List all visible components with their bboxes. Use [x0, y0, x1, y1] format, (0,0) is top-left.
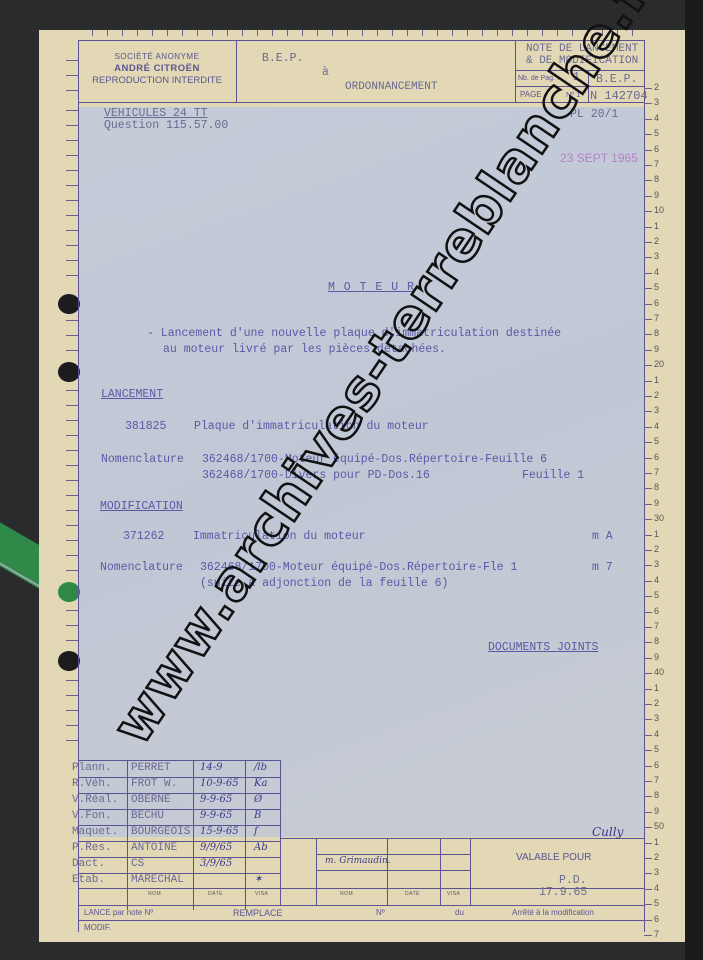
modification-nomenclature-code: m 7	[592, 561, 613, 574]
ruler-label: 1	[654, 837, 659, 847]
to-word: à	[322, 66, 329, 79]
arrete-label: Arrêté à la modification	[512, 908, 594, 917]
ruler-label: 8	[654, 482, 659, 492]
ruler-label: 2	[654, 236, 659, 246]
ruler-tick	[644, 196, 652, 197]
ruler-tick	[644, 581, 652, 582]
company-block: SOCIÉTÉ ANONYME ANDRÉ CITROËN REPRODUCTI…	[78, 40, 236, 102]
ruler-label: 3	[654, 405, 659, 415]
punch-hole	[58, 582, 80, 602]
signature-role: Dact.	[72, 858, 105, 870]
ruler-label: 4	[654, 575, 659, 585]
ruler-label: 6	[654, 760, 659, 770]
ruler-label: 8	[654, 174, 659, 184]
ruler-tick	[644, 935, 652, 936]
ruler-label: 4	[654, 729, 659, 739]
modif-label: MODIF.	[84, 923, 111, 932]
ruler-label: 9	[654, 806, 659, 816]
ruler-tick	[644, 719, 652, 720]
table-line	[316, 854, 470, 855]
ruler-label: 2	[654, 852, 659, 862]
ruler-tick	[644, 150, 652, 151]
ruler-label: 10	[654, 205, 664, 215]
signature-name: MARECHAL	[131, 874, 184, 886]
col-nom-2: NOM	[340, 891, 353, 897]
signature-date: 14-9	[200, 762, 222, 773]
col-date: DATE	[208, 891, 223, 897]
ruler-label: 8	[654, 790, 659, 800]
signature-role: Plann.	[72, 762, 112, 774]
header-divider	[515, 40, 516, 102]
ruler-tick	[644, 396, 652, 397]
ruler-tick	[644, 242, 652, 243]
question-ref: Question 115.57.00	[104, 119, 228, 132]
ruler-tick	[644, 473, 652, 474]
table-line	[280, 838, 281, 905]
ruler-label: 2	[654, 390, 659, 400]
lancement-ref: 381825	[125, 420, 166, 433]
table-line	[280, 760, 281, 840]
binder-edge	[685, 0, 703, 960]
table-line	[78, 857, 280, 858]
ruler-label: 7	[654, 159, 659, 169]
valable-pour-label: VALABLE POUR	[516, 852, 591, 863]
ruler-tick	[644, 411, 652, 412]
ruler-tick	[644, 442, 652, 443]
table-line	[440, 838, 441, 905]
ruler-tick	[644, 596, 652, 597]
company-name: ANDRÉ CITROËN	[78, 63, 236, 74]
modification-ref: 371262	[123, 530, 164, 543]
ruler-tick	[644, 350, 652, 351]
signature-visa: ✶	[254, 874, 262, 885]
punch-hole	[58, 294, 80, 314]
ruler-label: 2	[654, 698, 659, 708]
company-type: SOCIÉTÉ ANONYME	[78, 52, 236, 61]
signature-name: FROT W.	[131, 778, 177, 790]
signature-role: V.Réal.	[72, 794, 118, 806]
ruler-label: 3	[654, 97, 659, 107]
remplace-label: REMPLACE	[233, 908, 283, 918]
col-nom: NOM	[148, 891, 161, 897]
nomenclature-label: Nomenclature	[100, 561, 183, 574]
ruler-tick	[644, 750, 652, 751]
table-line	[280, 838, 644, 839]
date-stamp: 23 SEPT 1965	[560, 151, 638, 165]
ruler-label: 7	[654, 313, 659, 323]
ruler-tick	[644, 673, 652, 674]
modification-heading: MODIFICATION	[100, 500, 183, 513]
ruler-tick	[644, 180, 652, 181]
ruler-label: 5	[654, 128, 659, 138]
signature-role: R.Véh.	[72, 778, 112, 790]
ruler-tick	[644, 812, 652, 813]
modification-code: m A	[592, 530, 613, 543]
ruler-tick	[644, 165, 652, 166]
valable-date: 17.9.65	[539, 886, 587, 899]
signature-name: BOURGEOIS	[131, 826, 190, 838]
ruler-label: 5	[654, 590, 659, 600]
ruler-tick	[644, 781, 652, 782]
signature-name: CS	[131, 858, 144, 870]
ruler-label: 9	[654, 344, 659, 354]
col-visa: VISA	[255, 891, 268, 897]
ruler-tick	[644, 488, 652, 489]
ruler-label: 6	[654, 452, 659, 462]
ruler-label: 9	[654, 498, 659, 508]
signature-role: V.Fon.	[72, 810, 112, 822]
signature-role: P.Res.	[72, 842, 112, 854]
ruler-tick	[644, 365, 652, 366]
signature-visa: B	[254, 810, 261, 821]
ruler-label: 1	[654, 683, 659, 693]
ruler-label: 5	[654, 436, 659, 446]
ruler-label: 9	[654, 190, 659, 200]
ruler-tick	[644, 658, 652, 659]
table-line	[470, 838, 471, 905]
ruler-label: 6	[654, 298, 659, 308]
signature-name: BECHU	[131, 810, 164, 822]
to-dept: ORDONNANCEMENT	[345, 81, 437, 93]
signature-date: 3/9/65	[200, 858, 232, 869]
reproduction-notice: REPRODUCTION INTERDITE	[78, 75, 236, 86]
ruler-label: 8	[654, 636, 659, 646]
du-label: du	[455, 908, 464, 917]
ruler-tick	[644, 904, 652, 905]
ruler-label: 40	[654, 667, 664, 677]
ruler-tick	[644, 381, 652, 382]
table-line	[78, 920, 644, 921]
ruler-label: 7	[654, 775, 659, 785]
lancement-nomenclature-1: 362468/1700-Moteur équipé-Dos.Répertoire…	[202, 453, 547, 466]
col-date-2: DATE	[405, 891, 420, 897]
ruler-label: 7	[654, 929, 659, 939]
ruler-tick	[644, 427, 652, 428]
ruler-tick	[644, 689, 652, 690]
ruler-label: 7	[654, 621, 659, 631]
table-line	[316, 838, 317, 905]
signature-name: OBERNE	[131, 794, 171, 806]
no-label: Nº	[376, 908, 385, 917]
ruler-label: 50	[654, 821, 664, 831]
ruler-tick	[644, 612, 652, 613]
ruler-tick	[644, 627, 652, 628]
ruler-label: 20	[654, 359, 664, 369]
from-dept: B.E.P.	[262, 52, 303, 65]
documents-joints: DOCUMENTS JOINTS	[488, 641, 598, 654]
ruler-label: 5	[654, 898, 659, 908]
signature-name: PERRET	[131, 762, 171, 774]
signature-date: 9-9-65	[200, 810, 232, 821]
table-line	[78, 760, 280, 761]
ruler-label: 5	[654, 744, 659, 754]
ruler-label: 1	[654, 375, 659, 385]
ruler-label: 6	[654, 144, 659, 154]
ruler-label: 2	[654, 544, 659, 554]
ruler-label: 6	[654, 914, 659, 924]
frame-right	[644, 40, 645, 932]
signature-visa: Ka	[254, 778, 267, 789]
ruler-label: 3	[654, 713, 659, 723]
ruler-tick	[644, 119, 652, 120]
ruler-label: 9	[654, 652, 659, 662]
ruler-tick	[644, 288, 652, 289]
ruler-tick	[644, 889, 652, 890]
ruler-label: 3	[654, 251, 659, 261]
ruler-tick	[644, 550, 652, 551]
signature-date: 15-9-65	[200, 826, 239, 837]
ruler-tick	[644, 858, 652, 859]
ruler-tick	[644, 827, 652, 828]
signature-visa: ſ	[254, 826, 258, 837]
ruler-tick	[644, 535, 652, 536]
ruler-tick	[644, 103, 652, 104]
ruler-tick	[644, 504, 652, 505]
ruler-tick	[644, 227, 652, 228]
ruler-tick	[644, 257, 652, 258]
ruler-tick	[644, 873, 652, 874]
signature-role: Maquet.	[72, 826, 118, 838]
ruler-tick	[644, 920, 652, 921]
lancement-heading: LANCEMENT	[101, 388, 163, 401]
table-line	[387, 838, 388, 905]
punch-hole	[58, 651, 80, 671]
lancement-nomenclature-2-sheet: Feuille 1	[522, 469, 584, 482]
ruler-label: 4	[654, 113, 659, 123]
punch-hole	[58, 362, 80, 382]
ruler-tick	[644, 565, 652, 566]
nomenclature-label: Nomenclature	[101, 453, 184, 466]
ruler-label: 1	[654, 529, 659, 539]
ruler-tick	[644, 134, 652, 135]
ruler-tick	[644, 319, 652, 320]
signature-visa: Ab	[254, 842, 268, 853]
lance-label: LANCE par note Nº	[84, 908, 153, 917]
ruler-label: 7	[654, 467, 659, 477]
ruler-tick	[644, 304, 652, 305]
ruler-tick	[644, 704, 652, 705]
signature-date: 9-9-65	[200, 794, 232, 805]
ruler-label: 4	[654, 267, 659, 277]
ruler-tick	[644, 334, 652, 335]
ruler-label: 6	[654, 606, 659, 616]
col-visa-2: VISA	[447, 891, 460, 897]
ruler-label: 4	[654, 883, 659, 893]
ruler-tick	[644, 519, 652, 520]
signature-name: ANTOINE	[131, 842, 177, 854]
ruler-label: 3	[654, 559, 659, 569]
ruler-label: 30	[654, 513, 664, 523]
handwritten-name: m. Grimaudin.	[325, 856, 391, 866]
table-line	[78, 905, 644, 906]
ruler-tick	[644, 735, 652, 736]
signature-role: Etab.	[72, 874, 105, 886]
ruler-tick	[644, 843, 652, 844]
ruler-label: 4	[654, 421, 659, 431]
signature: Cully	[592, 825, 623, 839]
ruler-tick	[644, 458, 652, 459]
ruler-label: 3	[654, 867, 659, 877]
signature-date: 9/9/65	[200, 842, 232, 853]
ruler-label: 1	[654, 221, 659, 231]
ruler-tick	[644, 796, 652, 797]
signature-visa: Ø	[254, 794, 262, 805]
signature-date: 10-9-65	[200, 778, 239, 789]
signature-visa: /lb	[254, 762, 267, 773]
ruler-label: 8	[654, 328, 659, 338]
ruler-tick	[644, 273, 652, 274]
header-divider	[236, 40, 237, 102]
table-line	[316, 870, 470, 871]
ruler-label: 2	[654, 82, 659, 92]
ruler-tick	[644, 766, 652, 767]
intro-line-1: - Lancement d'une nouvelle plaque d'imma…	[147, 327, 561, 340]
ruler-tick	[644, 642, 652, 643]
ruler-label: 5	[654, 282, 659, 292]
ruler-tick	[644, 211, 652, 212]
